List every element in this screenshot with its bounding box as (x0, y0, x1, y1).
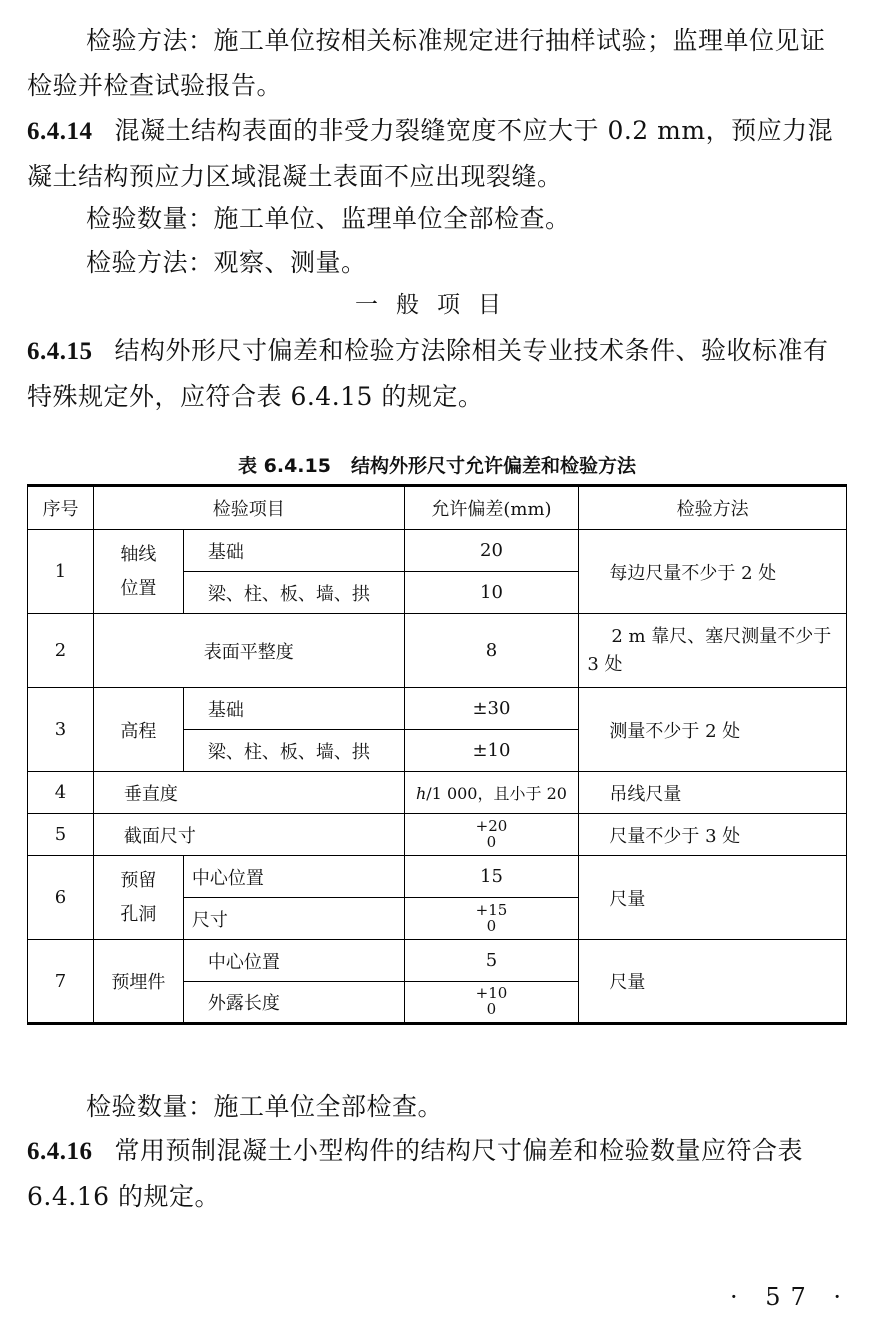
cell-item: 截面尺寸 (93, 814, 404, 856)
clause-text: 常用预制混凝土小型构件的结构尺寸偏差和检验数量应符合表 6.4.16 的规定。 (27, 1136, 803, 1211)
header-no: 序号 (28, 486, 94, 530)
header-item: 检验项目 (93, 486, 404, 530)
cell-tolerance: 20 (404, 530, 579, 572)
table-row: 3 高程 基础 ±30 测量不少于 2 处 (28, 688, 847, 730)
clause-number: 6.4.16 (27, 1138, 93, 1165)
table-row: 7 预埋件 中心位置 5 尺量 (28, 940, 847, 982)
cell-item: 基础 (183, 530, 404, 572)
clause-number: 6.4.15 (27, 338, 93, 365)
page-number: · 57 · (730, 1283, 851, 1311)
cell-no: 5 (28, 814, 94, 856)
cell-item: 外露长度 (183, 982, 404, 1024)
cell-method: 尺量 (579, 856, 847, 940)
clause-text: 结构外形尺寸偏差和检验方法除相关专业技术条件、验收标准有特殊规定外，应符合表 6… (27, 336, 829, 411)
paragraph-inspection-quantity-2: 检验数量：施工单位全部检查。 (27, 1084, 847, 1129)
tolerance-value: /1 000，且小于 20 (426, 784, 567, 803)
cell-method: 测量不少于 2 处 (579, 688, 847, 772)
tolerance-lower: 0 (487, 833, 497, 851)
cell-no: 4 (28, 772, 94, 814)
table-caption: 表 6.4.15结构外形尺寸允许偏差和检验方法 (0, 451, 874, 478)
cell-item: 尺寸 (183, 898, 404, 940)
cell-item: 梁、柱、板、墙、拱 (183, 572, 404, 614)
cell-item: 表面平整度 (93, 614, 404, 688)
clause-6-4-15: 6.4.15结构外形尺寸偏差和检验方法除相关专业技术条件、验收标准有特殊规定外，… (27, 328, 847, 419)
cell-tolerance: 10 (404, 572, 579, 614)
header-tolerance: 允许偏差(mm) (404, 486, 579, 530)
cell-tolerance: 15 (404, 856, 579, 898)
cell-item: 中心位置 (183, 940, 404, 982)
clause-6-4-14: 6.4.14混凝土结构表面的非受力裂缝宽度不应大于 0.2 mm，预应力混凝土结… (27, 108, 847, 199)
cell-group: 预埋件 (93, 940, 183, 1024)
clause-6-4-16: 6.4.16常用预制混凝土小型构件的结构尺寸偏差和检验数量应符合表 6.4.16… (27, 1128, 847, 1219)
clause-text: 混凝土结构表面的非受力裂缝宽度不应大于 0.2 mm，预应力混凝土结构预应力区域… (27, 116, 833, 191)
cell-method: 尺量不少于 3 处 (579, 814, 847, 856)
table-row: 5 截面尺寸 +200 尺量不少于 3 处 (28, 814, 847, 856)
cell-method: 吊线尺量 (579, 772, 847, 814)
cell-tolerance: h/1 000，且小于 20 (404, 772, 579, 814)
table-caption-title: 结构外形尺寸允许偏差和检验方法 (351, 455, 636, 477)
paragraph-inspection-method-1: 检验方法：施工单位按相关标准规定进行抽样试验；监理单位见证检验并检查试验报告。 (27, 18, 847, 108)
cell-tolerance: 5 (404, 940, 579, 982)
cell-no: 1 (28, 530, 94, 614)
cell-method: 尺量 (579, 940, 847, 1024)
cell-item: 梁、柱、板、墙、拱 (183, 730, 404, 772)
cell-no: 3 (28, 688, 94, 772)
cell-tolerance: +150 (404, 898, 579, 940)
cell-item: 基础 (183, 688, 404, 730)
table-row: 2 表面平整度 8 2 m 靠尺、塞尺测量不少于 3 处 (28, 614, 847, 688)
tolerance-height-symbol: h (416, 784, 426, 803)
cell-method: 每边尺量不少于 2 处 (579, 530, 847, 614)
cell-group: 预留孔洞 (93, 856, 183, 940)
cell-no: 7 (28, 940, 94, 1024)
header-method: 检验方法 (579, 486, 847, 530)
paragraph-inspection-quantity-1: 检验数量：施工单位、监理单位全部检查。 (27, 196, 847, 241)
tolerance-table: 序号 检验项目 允许偏差(mm) 检验方法 1 轴线位置 基础 20 每边尺量不… (27, 484, 847, 1025)
section-title-general-items: 一般项目 (0, 286, 874, 319)
cell-no: 2 (28, 614, 94, 688)
cell-tolerance: 8 (404, 614, 579, 688)
cell-group: 轴线位置 (93, 530, 183, 614)
clause-number: 6.4.14 (27, 118, 93, 145)
table-caption-number: 表 6.4.15 (238, 455, 331, 477)
cell-no: 6 (28, 856, 94, 940)
cell-group: 高程 (93, 688, 183, 772)
table-row: 1 轴线位置 基础 20 每边尺量不少于 2 处 (28, 530, 847, 572)
table-row: 4 垂直度 h/1 000，且小于 20 吊线尺量 (28, 772, 847, 814)
tolerance-lower: 0 (487, 1000, 497, 1018)
cell-item: 垂直度 (93, 772, 404, 814)
cell-tolerance: +200 (404, 814, 579, 856)
cell-item: 中心位置 (183, 856, 404, 898)
tolerance-lower: 0 (487, 917, 497, 935)
cell-tolerance: ±10 (404, 730, 579, 772)
table-header-row: 序号 检验项目 允许偏差(mm) 检验方法 (28, 486, 847, 530)
cell-method: 2 m 靠尺、塞尺测量不少于 3 处 (579, 614, 847, 688)
cell-tolerance: ±30 (404, 688, 579, 730)
cell-tolerance: +100 (404, 982, 579, 1024)
paragraph-inspection-method-2: 检验方法：观察、测量。 (27, 240, 847, 285)
table-row: 6 预留孔洞 中心位置 15 尺量 (28, 856, 847, 898)
